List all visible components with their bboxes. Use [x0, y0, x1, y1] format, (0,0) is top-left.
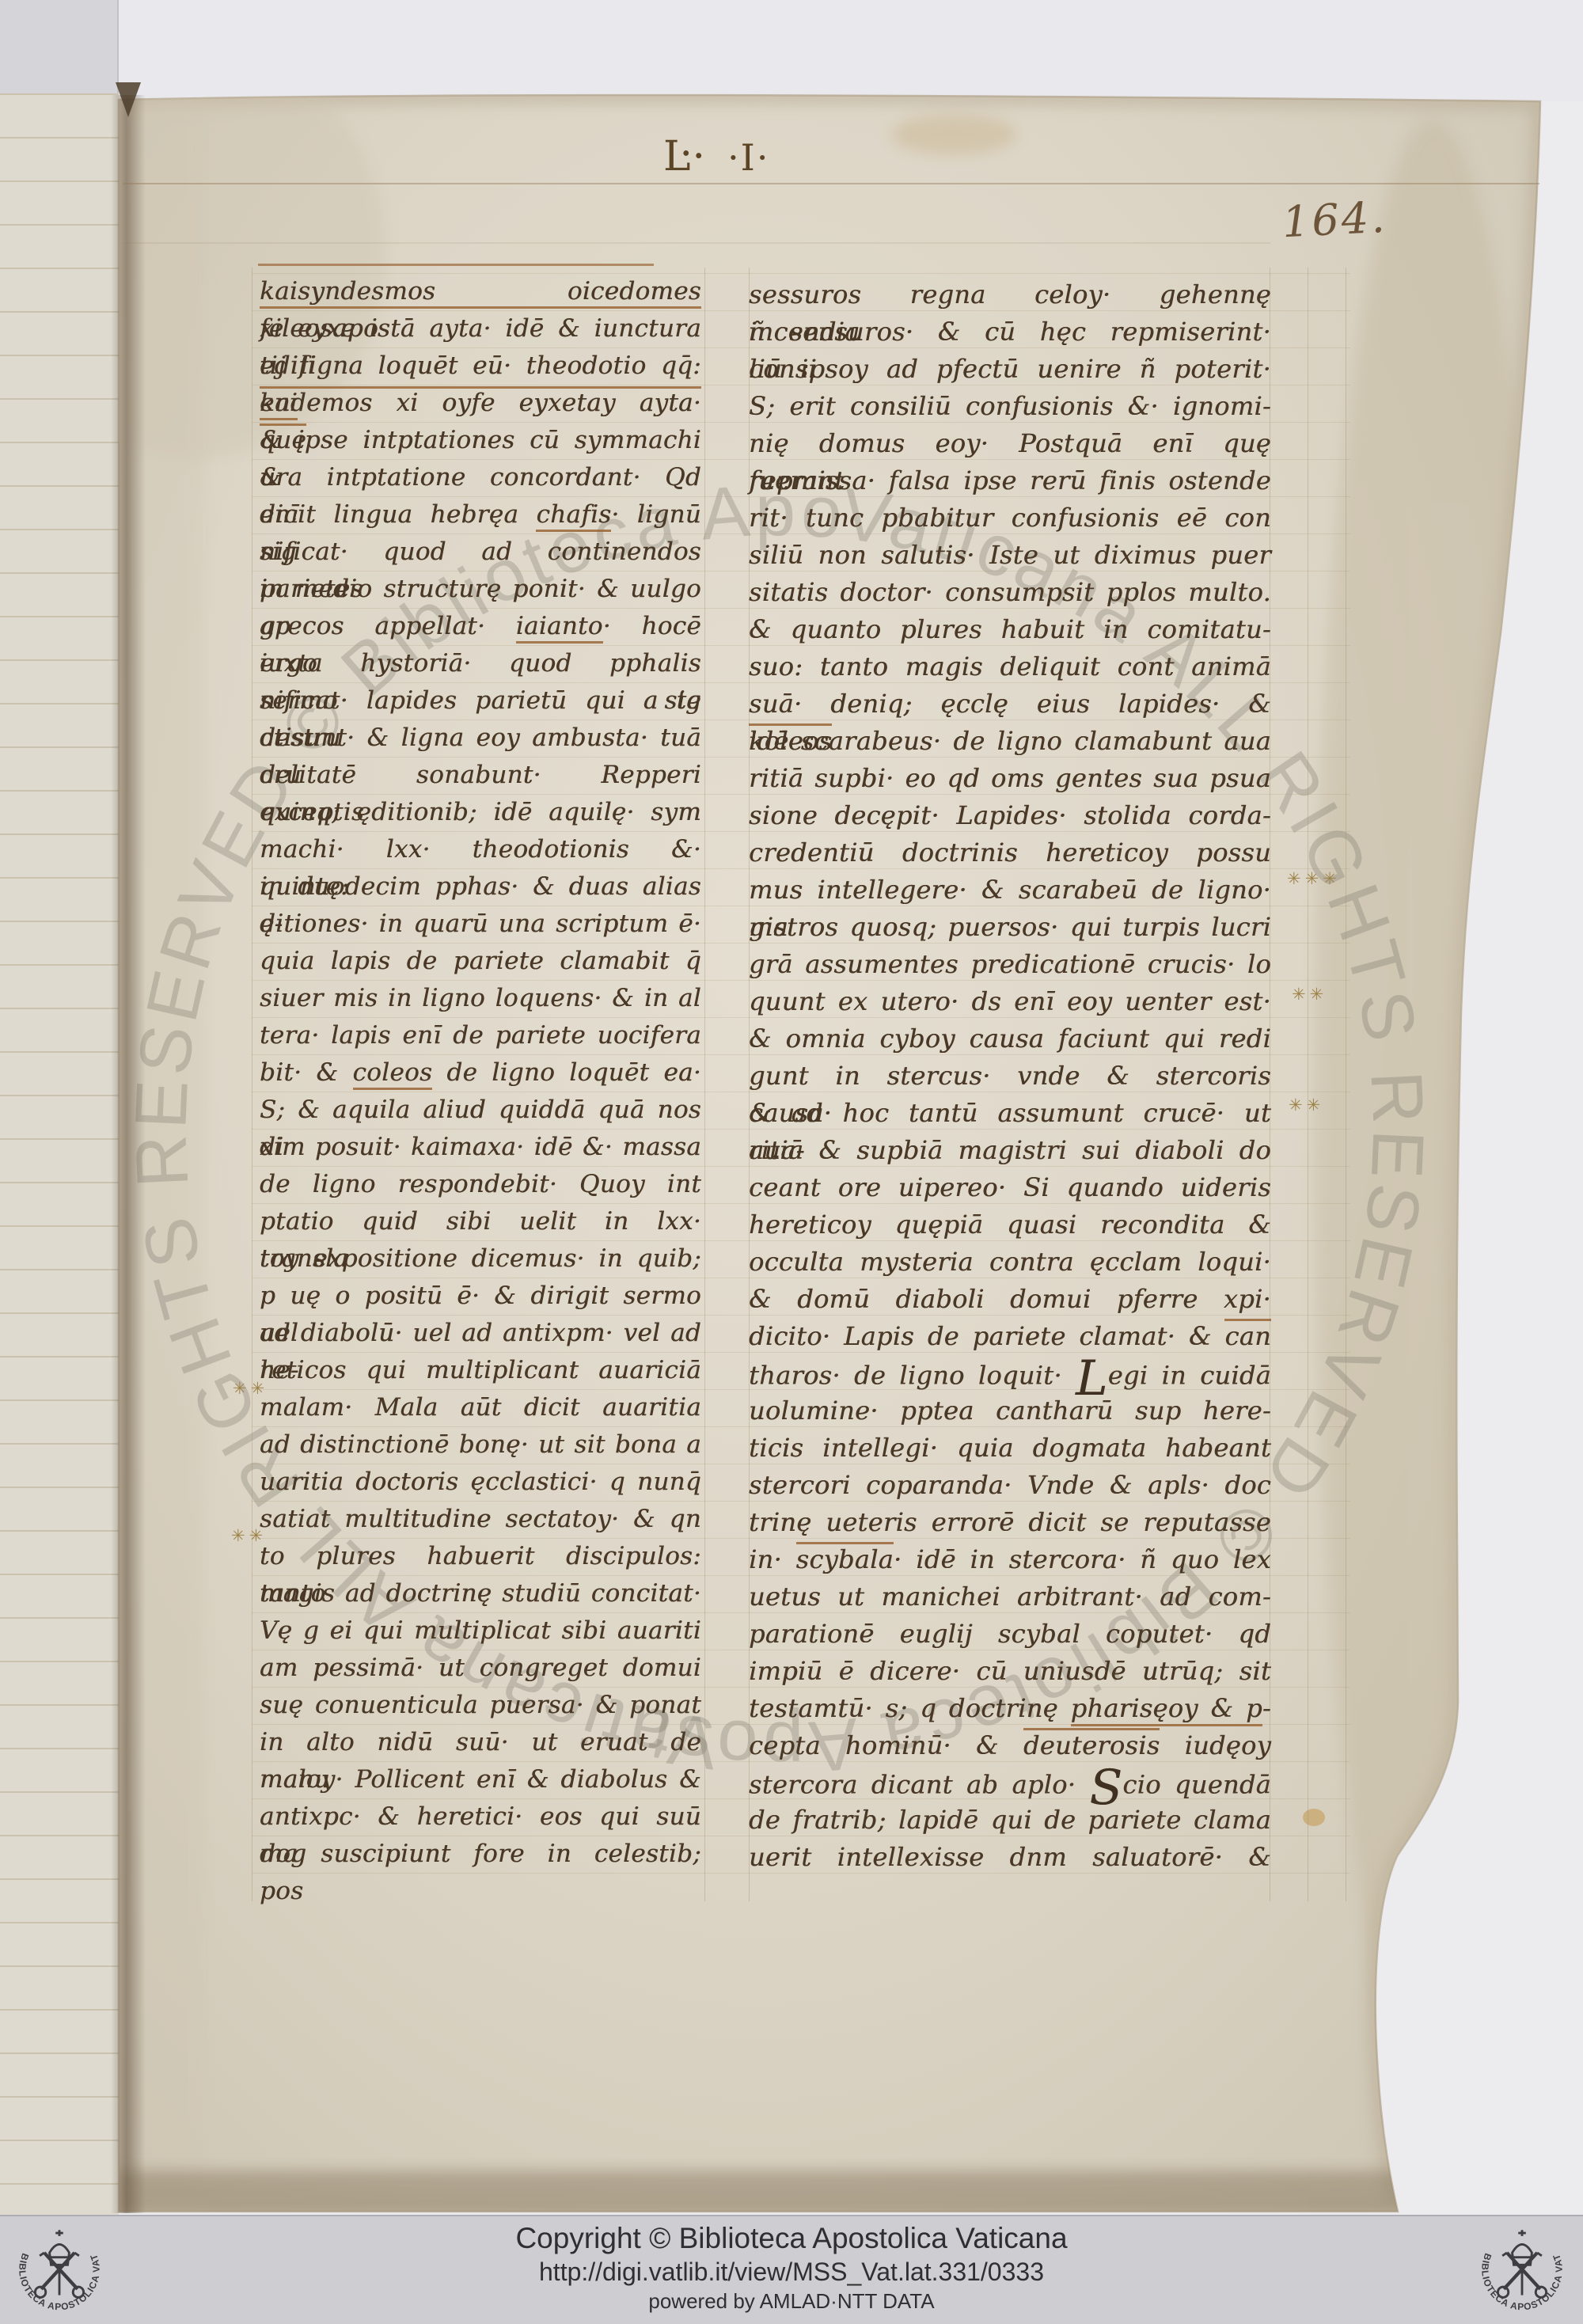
marginal-nota-mark: ✳✳: [231, 1526, 267, 1545]
marginal-nota-mark: ✳✳: [1289, 1096, 1324, 1115]
manuscript-line: tera· lapis enī de pariete uocifera: [260, 1017, 701, 1054]
manuscript-line: magis ad doctrinę studiū concitat·: [260, 1575, 701, 1612]
manuscript-line: in duodecim pphas· & duas alias ę-: [260, 868, 701, 906]
manuscript-line: ritiā & supbiā magistri sui diaboli do: [749, 1132, 1271, 1169]
manuscript-line: siuer mis in ligno loquens· & in al: [260, 980, 701, 1017]
manuscript-line: & omnia cyboy causa faciunt qui redi: [749, 1020, 1271, 1058]
manuscript-line: delitatē sonabunt· Repperi exceptis: [260, 757, 701, 794]
manuscript-line: in medio structurę ponit· & uulgo ap: [260, 571, 701, 608]
manuscript-line: p uę o positū ē· & dirigit sermo uel: [260, 1278, 701, 1315]
manuscript-line: maloy· Pollicent enī & diabolus &: [260, 1761, 701, 1798]
manuscript-line: S; & aquila aliud quiddā quā nos di: [260, 1092, 701, 1129]
manuscript-line: nię domus eoy· Postquā enī quę fuerant: [749, 425, 1271, 462]
gutter-top-notch: [116, 82, 141, 117]
header-rule-faint: [123, 242, 1270, 244]
manuscript-line: ptatio quid sibi uelit in lxx· transla: [260, 1203, 701, 1240]
manuscript-line: ma suscipiunt fore in celestib; pos: [260, 1836, 701, 1873]
manuscript-line: toy expositione dicemus· in quib;: [260, 1240, 701, 1278]
stain-spot: [1303, 1809, 1325, 1826]
manuscript-line: gistros quosq; puersos· qui turpis lucri: [749, 909, 1271, 946]
manuscript-line: suo: tanto magis deliquit cont animā: [749, 648, 1271, 685]
digitized-manuscript-page: Vaticana ALL RIGHTS RESERVED © Bibliotec…: [0, 0, 1583, 2324]
vatican-library-logo: BIBLIOTECA APOSTOLICA VATICANA: [6, 2216, 112, 2322]
manuscript-line: reticos qui multiplicant auariciā: [260, 1352, 701, 1389]
manuscript-line: am pessimā· ut congreget domui: [260, 1650, 701, 1687]
manuscript-line: occulta mysteria contra ęcclam loqui·: [749, 1244, 1271, 1281]
manuscript-line: malam· Mala aūt dicit auaritia: [260, 1389, 701, 1426]
manuscript-line: tharos· de ligno loquit· Legi in cuidā: [749, 1355, 1271, 1392]
manuscript-line: stercori coparanda· Vnde & apls· doc: [749, 1467, 1271, 1504]
manuscript-line: suā· deniq; ęcclę eius lapides· & koleos: [749, 685, 1271, 723]
manuscript-line: grecos appellat· iaianto· hocē ergo: [260, 608, 701, 645]
manuscript-line: Vę g ei qui multiplicat sibi auariti: [260, 1612, 701, 1650]
ruling-vertical: [704, 268, 705, 1901]
manuscript-line: fe eyxe istā ayta· idē & iunctura edifi: [260, 310, 701, 347]
header-mark-liber: Ŀ·: [663, 133, 707, 180]
manuscript-line: ad distinctionē bonę· ut sit bona a: [260, 1426, 701, 1464]
manuscript-line: ura intptatione concordant· Qd enī: [260, 459, 701, 496]
manuscript-line: rit· tunc pbabitur confusionis eē con: [749, 499, 1271, 537]
manuscript-line: uetus ut manichei arbitrant· ad com-: [749, 1578, 1271, 1616]
manuscript-line: & ipse intptationes cū symmachi &: [260, 422, 701, 459]
manuscript-line: in alto nidū suū· ut eruat de manu: [260, 1724, 701, 1761]
header-mark-numeral: ·I·: [727, 136, 769, 179]
manuscript-line: de fratrib; lapidē qui de pariete clama: [749, 1802, 1271, 1839]
manuscript-line: & domū diaboli domui pferre xpi·: [749, 1281, 1271, 1318]
manuscript-line: credentiū doctrinis hereticoy possu: [749, 834, 1271, 871]
manuscript-line: & ad hoc tantū assumunt crucē· ut aua-: [749, 1095, 1271, 1132]
manuscript-line: trinę ueteris errorē dicit se reputasse: [749, 1504, 1271, 1541]
manuscript-line: hereticoy quępiā quasi recondita &: [749, 1206, 1271, 1244]
manuscript-line: quunt ex utero· ds enī eoy uenter est·: [749, 983, 1271, 1020]
manuscript-line: uolumine· pptea cantharū sup here-: [749, 1392, 1271, 1430]
copyright-line: Copyright © Biblioteca Apostolica Vatica…: [0, 2221, 1583, 2256]
manuscript-line: ñ sensuros· & cū hęc repmiserint· consi: [749, 313, 1271, 351]
manuscript-line: liū ipsoy ad pfectū uenire ñ poterit·: [749, 351, 1271, 388]
marginal-nota-mark: ✳✳: [1292, 985, 1327, 1004]
manuscript-line: iuxta hystoriā· quod pphalis sermo sig: [260, 645, 701, 682]
manuscript-line: uaritia doctoris ęcclastici· q nunq̄: [260, 1464, 701, 1501]
manuscript-line: nificat· quod ad continendos parietes: [260, 534, 701, 571]
manuscript-line: kaisyndesmos oicedomes xileosapo: [260, 273, 701, 310]
powered-by-line: powered by AMLAD·NTT DATA: [0, 2288, 1583, 2315]
gutter-shadow: [111, 95, 146, 2213]
manuscript-line: ad diabolū· uel ad antixpm· vel ad he-: [260, 1315, 701, 1352]
vatican-library-logo: BIBLIOTECA APOSTOLICA VATICANA: [1469, 2216, 1575, 2322]
manuscript-line: ceant ore uipereo· Si quando uideris: [749, 1169, 1271, 1206]
manuscript-line: sessuros regna celoy· gehennę incendia: [749, 276, 1271, 313]
manuscript-line: nificat· lapides parietū qui a te destru: [260, 682, 701, 720]
manuscript-line: & quanto plures habuit in comitatu-: [749, 611, 1271, 648]
manuscript-line: parationē euglij scybal coputet· qd: [749, 1616, 1271, 1653]
manuscript-line: quia lapis de pariete clamabit q̄: [260, 943, 701, 980]
manuscript-line: de ligno respondebit· Quoy int: [260, 1166, 701, 1203]
header-rule: [123, 183, 1539, 184]
manuscript-line: suę conuenticula puersa· & ponat: [260, 1687, 701, 1724]
manuscript-line: endemos xi oyfe eyxetay ayta· quę: [260, 385, 701, 422]
manuscript-line: testamtū· s; q doctrinę pharisęoy & p-: [749, 1690, 1271, 1727]
manuscript-line: ditiones· in quarū una scriptum ē·: [260, 906, 701, 943]
copyright-text-block: Copyright © Biblioteca Apostolica Vatica…: [0, 2221, 1583, 2315]
manuscript-line: S; erit consiliū confusionis &· ignomi-: [749, 388, 1271, 425]
manuscript-line: satiat multitudine sectatoy· & qn: [260, 1501, 701, 1538]
bottom-edge-shadow: [119, 2170, 1417, 2213]
ruling-vertical: [1346, 268, 1346, 1901]
quire-header-mark: Ŀ··I·: [663, 133, 769, 180]
ruling-vertical: [252, 268, 252, 1901]
marginal-nota-mark: ✳✳: [233, 1379, 268, 1398]
manuscript-line: dicit lingua hebręa chafis· lignū sig: [260, 496, 701, 534]
manuscript-line: antixpc· & heretici· eos qui suū dog: [260, 1798, 701, 1836]
manuscript-line: machi· lxx· theodotionis &· quintę:: [260, 831, 701, 868]
rubric-overline: [258, 264, 654, 266]
manuscript-column-left: kaisyndesmos oicedomes xileosapofe eyxe …: [260, 273, 701, 1873]
manuscript-line: uerit intellexisse dnm saluatorē· &: [749, 1839, 1271, 1876]
marginal-nota-mark: ✳✳✳: [1287, 869, 1341, 888]
manuscript-column-right: sessuros regna celoy· gehennę incendiañ …: [749, 276, 1271, 1876]
manuscript-line: in· scybala· idē in stercora· ñ quo lex: [749, 1541, 1271, 1578]
manuscript-line: xim posuit· kaimaxa· idē &· massa: [260, 1129, 701, 1166]
ruling-vertical: [1308, 268, 1308, 1901]
manuscript-line: repmissa· falsa ipse rerū finis ostende: [749, 462, 1271, 499]
manuscript-line: quinq; ęditionib; idē aquilę· sym: [260, 794, 701, 831]
manuscript-line: ticis intellegi· quia dogmata habeant: [749, 1430, 1271, 1467]
source-url: http://digi.vatlib.it/view/MSS_Vat.lat.3…: [0, 2256, 1583, 2288]
folio-number: 164.: [1281, 192, 1387, 248]
manuscript-line: grā assumentes predicationē crucis· lo: [749, 946, 1271, 983]
manuscript-line: impiū ē dicere· cū uniusdē utrūq; sit: [749, 1653, 1271, 1690]
manuscript-line: stercora dicant ab aplo· Scio quendā: [749, 1764, 1271, 1802]
manuscript-line: gunt in stercus· vnde & stercoris causa·: [749, 1058, 1271, 1095]
manuscript-line: dicito· Lapis de pariete clamat· & can: [749, 1318, 1271, 1355]
manuscript-line: mus intellegere· & scarabeū de ligno· ma: [749, 871, 1271, 909]
manuscript-line: cepta hominū· & deuterosis iudęoy: [749, 1727, 1271, 1764]
manuscript-line: sione decępit· Lapides· stolida corda-: [749, 797, 1271, 834]
manuscript-line: tij ligna loquēt eū· theodotio qq̄: kai: [260, 347, 701, 385]
manuscript-line: bit· & coleos de ligno loquēt ea·: [260, 1054, 701, 1092]
manuscript-line: sitatis doctor· consumpsit pplos multo.: [749, 574, 1271, 611]
manuscript-line: ritiā supbi· eo qd oms gentes sua psua: [749, 760, 1271, 797]
stain-top: [890, 114, 1017, 155]
manuscript-line: idē scarabeus· de ligno clamabunt aua: [749, 723, 1271, 760]
manuscript-line: ctisunt· & ligna eoy ambusta· tuā cru: [260, 720, 701, 757]
manuscript-line: siliū non salutis· Iste ut diximus puer: [749, 537, 1271, 574]
manuscript-line: to plures habuerit discipulos: tanto: [260, 1538, 701, 1575]
